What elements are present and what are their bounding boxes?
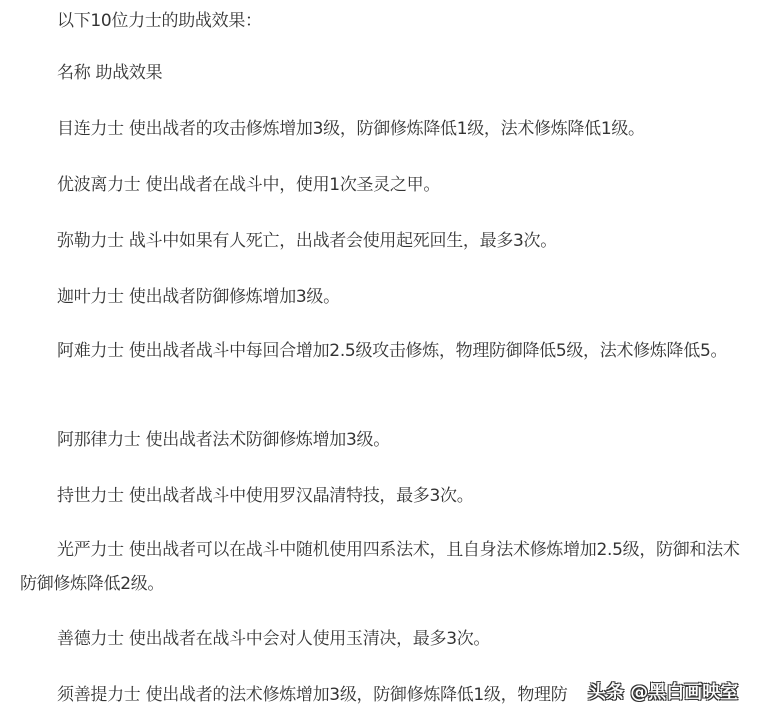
- entry-jiaye: 迦叶力士 使出战者防御修炼增加3级。: [20, 280, 740, 314]
- watermark: 头条 @黑白画映室: [588, 678, 738, 704]
- entry-shande: 善德力士 使出战者在战斗中会对人使用玉清决，最多3次。: [20, 622, 740, 656]
- table-header: 名称 助战效果: [20, 56, 740, 90]
- intro-paragraph: 以下10位力士的助战效果：: [20, 4, 740, 38]
- entry-mile: 弥勒力士 战斗中如果有人死亡，出战者会使用起死回生，最多3次。: [20, 224, 740, 258]
- entry-mulian: 目连力士 使出战者的攻击修炼增加3级，防御修炼降低1级，法术修炼降低1级。: [20, 112, 740, 146]
- entry-guangyan: 光严力士 使出战者可以在战斗中随机使用四系法术，且自身法术修炼增加2.5级，防御…: [20, 533, 740, 601]
- entry-youboli: 优波离力士 使出战者在战斗中，使用1次圣灵之甲。: [20, 168, 740, 202]
- entry-anan: 阿难力士 使出战者战斗中每回合增加2.5级攻击修炼，物理防御降低5级，法术修炼降…: [20, 334, 740, 368]
- entry-chishi: 持世力士 使出战者战斗中使用罗汉晶清特技，最多3次。: [20, 479, 740, 513]
- entry-analv: 阿那律力士 使出战者法术防御修炼增加3级。: [20, 423, 740, 457]
